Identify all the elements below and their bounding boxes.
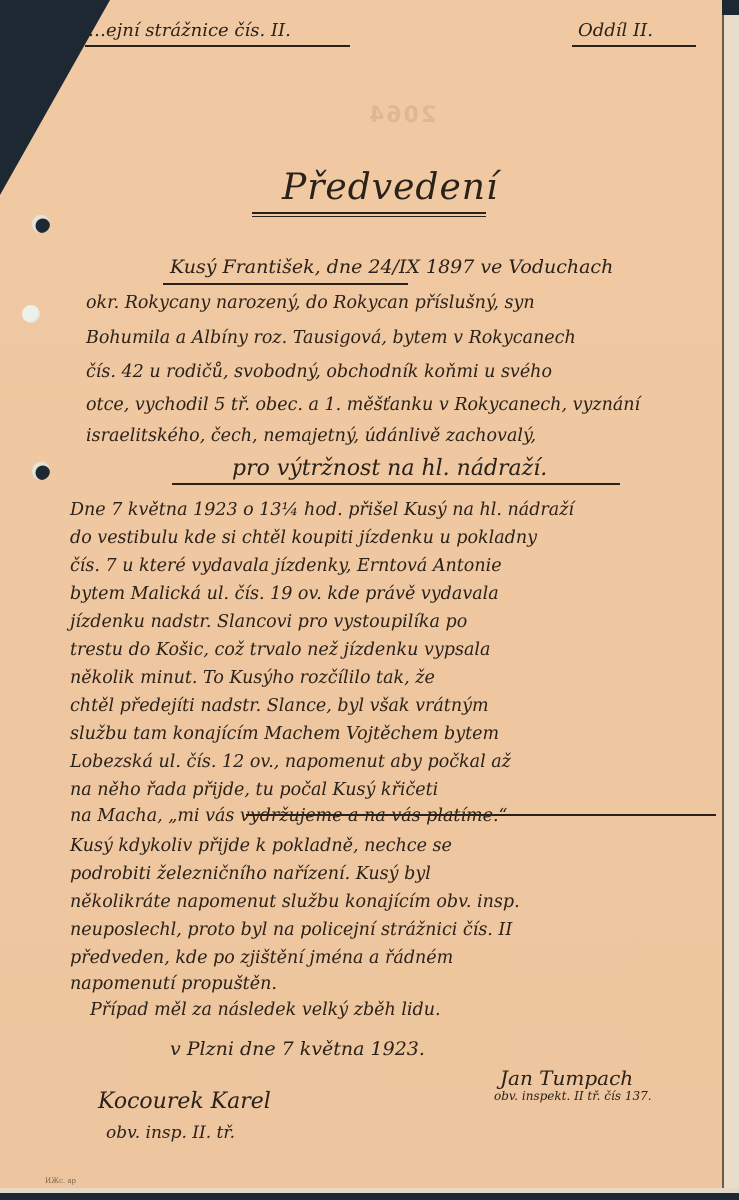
archive-mark: ИЖс. ар [45,1178,76,1185]
report-line: čís. 7 u které vydavala jízdenky, Erntov… [70,558,502,576]
signature-name-right: Jan Tumpach [500,1068,633,1088]
body-line: Bohumila a Albíny roz. Tausigová, bytem … [86,330,576,348]
report-line: několik minut. To Kusýho rozčílilo tak, … [70,670,435,688]
subheading: pro výtržnost na hl. nádraží. [232,458,547,480]
signature-name-left: Kocourek Karel [98,1091,271,1113]
title-underline [252,212,486,214]
report-line: Kusý kdykoliv přijde k pokladně, nechce … [70,838,452,856]
document-title: Předvedení [282,170,498,206]
signature-title-right: obv. inspekt. II tř. čís 137. [494,1090,652,1102]
punch-hole [32,462,50,480]
subheading-underline [172,483,620,485]
paper-edge [722,15,739,1190]
quote-underline [246,814,716,816]
body-line: okr. Rokycany narozený, do Rokycan přísl… [86,295,535,313]
body-line: Kusý František, dne 24/IX 1897 ve Voduch… [170,258,613,277]
report-line: chtěl předejíti nadstr. Slance, byl však… [70,698,489,716]
report-line: několikráte napomenut službu konajícím o… [70,894,520,912]
report-line: do vestibulu kde si chtěl koupiti jízden… [70,530,537,548]
report-line: Případ měl za následek velký zběh lidu. [90,1002,441,1020]
report-line: jízdenku nadstr. Slancovi pro vystoupilí… [70,614,467,632]
body-line: israelitského, čech, nemajetný, údánlivě… [86,428,536,446]
document-page: 2064 …ejní strážnice čís. II. Oddíl II. … [0,0,722,1188]
header-underline [85,45,350,47]
header-station: …ejní strážnice čís. II. [88,22,291,40]
place-and-date: v Plzni dne 7 května 1923. [170,1040,425,1059]
report-line: předveden, kde po zjištění jména a řádné… [70,950,453,968]
title-underline [252,216,486,217]
report-line: napomenutí propuštěn. [70,976,277,994]
report-line: Dne 7 května 1923 o 13¼ hod. přišel Kusý… [70,502,574,520]
report-line: trestu do Košic, což trvalo než jízdenku… [70,642,490,660]
punch-hole [32,215,50,233]
header-section: Oddíl II. [578,22,653,40]
paper-edge [0,1188,739,1200]
report-line: neuposlechl, proto byl na policejní strá… [70,922,512,940]
body-line: čís. 42 u rodičů, svobodný, obchodník ko… [86,364,552,382]
signature-title-left: obv. insp. II. tř. [106,1125,235,1142]
name-underline [163,283,408,285]
report-line: bytem Malická ul. čís. 19 ov. kde právě … [70,586,499,604]
header-underline [572,45,696,47]
report-line: Lobezská ul. čís. 12 ov., napomenut aby … [70,754,511,772]
report-line: na něho řada přijde, tu počal Kusý křiče… [70,782,438,800]
report-line: službu tam konajícím Machem Vojtěchem by… [70,726,499,744]
report-line: na Macha, „mi vás vydržujeme a na vás pl… [70,808,508,826]
show-through-stamp: 2064 [367,103,436,128]
punch-hole [22,305,40,323]
report-line: podrobiti železničního nařízení. Kusý by… [70,866,431,884]
body-line: otce, vychodil 5 tř. obec. a 1. měšťanku… [86,397,640,415]
